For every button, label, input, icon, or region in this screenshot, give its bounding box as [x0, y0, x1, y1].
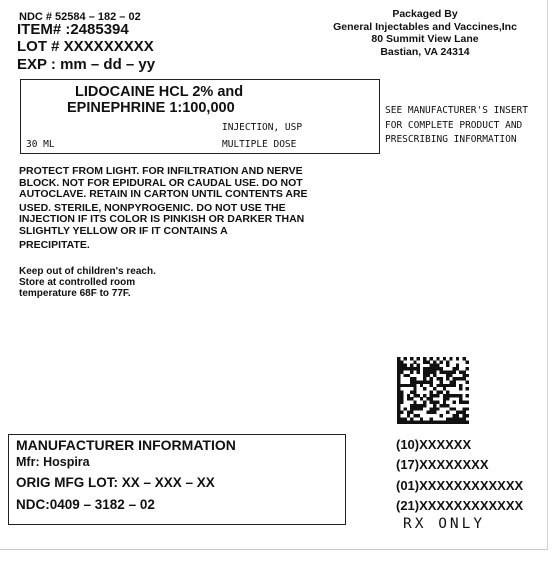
packager-company: General Injectables and Vaccines,Inc: [318, 21, 532, 34]
drug-name-line1: LIDOCAINE HCL 2% and: [75, 84, 243, 100]
insert-note-line: PRESCRIBING INFORMATION: [385, 133, 528, 148]
product-box: LIDOCAINE HCL 2% and EPINEPHRINE 1:100,0…: [20, 79, 380, 154]
storage-line: Store at controlled room: [19, 277, 156, 288]
insert-note: SEE MANUFACTURER'S INSERT FOR COMPLETE P…: [385, 104, 528, 148]
warning-line: AUTOCLAVE. RETAIN IN CARTON UNTIL CONTEN…: [19, 189, 308, 201]
insert-note-line: SEE MANUFACTURER'S INSERT: [385, 104, 528, 119]
gs1-batch: (10)XXXXXX: [396, 437, 523, 457]
packager-city: Bastian, VA 24314: [318, 46, 532, 59]
packager-info: Packaged By General Injectables and Vacc…: [318, 8, 532, 58]
gs1-serial: (21)XXXXXXXXXXXX: [396, 498, 523, 518]
manufacturer-box: MANUFACTURER INFORMATION Mfr: Hospira OR…: [8, 434, 346, 525]
original-lot: ORIG MFG LOT: XX – XXX – XX: [16, 475, 215, 490]
manufacturer-title: MANUFACTURER INFORMATION: [16, 437, 236, 453]
packager-heading: Packaged By: [318, 8, 532, 21]
gs1-gtin: (01)XXXXXXXXXXXX: [396, 478, 523, 498]
gs1-fields: (10)XXXXXX (17)XXXXXXXX (01)XXXXXXXXXXXX…: [396, 437, 523, 518]
storage-info: Keep out of children's reach. Store at c…: [19, 266, 156, 299]
manufacturer-ndc: NDC:0409 – 3182 – 02: [16, 497, 155, 512]
rx-only: RX ONLY: [403, 516, 485, 532]
warning-line: INJECTION IF ITS COLOR IS PINKISH OR DAR…: [19, 214, 308, 226]
lot-number: LOT # XXXXXXXXX: [17, 38, 154, 55]
dose-type: MULTIPLE DOSE: [222, 139, 296, 150]
insert-note-line: FOR COMPLETE PRODUCT AND: [385, 119, 528, 134]
storage-line: temperature 68F to 77F.: [19, 288, 156, 299]
warning-line: PROTECT FROM LIGHT. FOR INFILTRATION AND…: [19, 166, 308, 178]
drug-name-line2: EPINEPHRINE 1:100,000: [67, 100, 235, 116]
dosage-form: INJECTION, USP: [222, 122, 302, 133]
datamatrix-icon: [397, 357, 469, 424]
item-number: ITEM# :2485394: [17, 21, 129, 38]
manufacturer-name: Mfr: Hospira: [16, 455, 90, 469]
gs1-expiry: (17)XXXXXXXX: [396, 457, 523, 477]
warning-line: PRECIPITATE.: [19, 240, 308, 252]
packager-street: 80 Summit View Lane: [318, 33, 532, 46]
warnings: PROTECT FROM LIGHT. FOR INFILTRATION AND…: [19, 166, 308, 252]
expiration-date: EXP : mm – dd – yy: [17, 56, 155, 73]
storage-line: Keep out of children's reach.: [19, 266, 156, 277]
volume: 30 ML: [26, 139, 55, 150]
warning-line: SLIGHTLY YELLOW OR IF IT CONTAINS A: [19, 226, 308, 238]
